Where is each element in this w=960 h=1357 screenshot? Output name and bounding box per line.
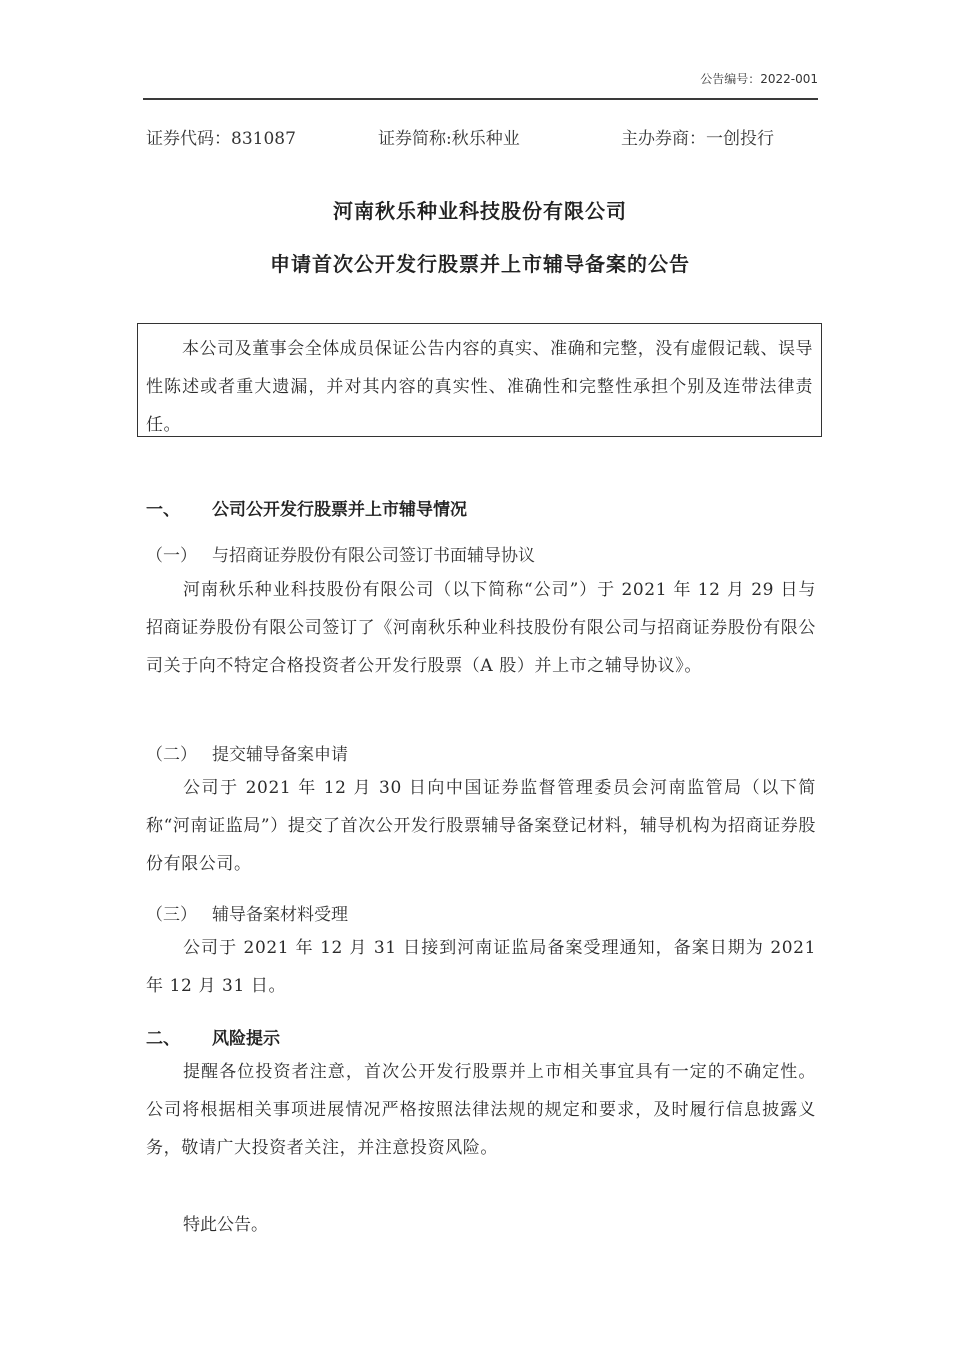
subsection-body-1-3: 公司于 2021 年 12 月 31 日接到河南证监局备案受理通知，备案日期为 … — [146, 929, 816, 1005]
subsection-number: （一） — [146, 541, 212, 566]
risk-warning-body: 提醒各位投资者注意，首次公开发行股票并上市相关事宜具有一定的不确定性。公司将根据… — [146, 1053, 816, 1167]
subsection-title: 与招商证券股份有限公司签订书面辅导协议 — [212, 546, 535, 566]
securities-info-line: 证券代码：831087 证券简称:秋乐种业 主办券商：一创投行 — [146, 124, 826, 148]
subsection-number: （三） — [146, 900, 212, 925]
subsection-heading-1-1: （一）与招商证券股份有限公司签订书面辅导协议 — [146, 541, 535, 566]
securities-code: 证券代码：831087 — [146, 124, 296, 149]
subsection-heading-1-3: （三）辅导备案材料受理 — [146, 900, 348, 925]
section-heading-1: 一、公司公开发行股票并上市辅导情况 — [146, 495, 467, 520]
subsection-body-1-2: 公司于 2021 年 12 月 30 日向中国证券监督管理委员会河南监管局（以下… — [146, 769, 816, 883]
securities-abbreviation: 证券简称:秋乐种业 — [378, 124, 520, 149]
announcement-number: 公告编号：2022-001 — [700, 70, 818, 87]
section-title: 公司公开发行股票并上市辅导情况 — [212, 500, 467, 520]
board-statement-box: 本公司及董事会全体成员保证公告内容的真实、准确和完整，没有虚假记载、误导性陈述或… — [137, 323, 822, 437]
header-divider — [143, 98, 818, 100]
section-title: 风险提示 — [212, 1029, 280, 1049]
closing-remark: 特此公告。 — [183, 1210, 268, 1235]
subsection-number: （二） — [146, 740, 212, 765]
section-number: 一、 — [146, 495, 212, 520]
company-title: 河南秋乐种业科技股份有限公司 — [0, 195, 960, 224]
section-heading-2: 二、风险提示 — [146, 1024, 280, 1049]
board-statement-text: 本公司及董事会全体成员保证公告内容的真实、准确和完整，没有虚假记载、误导性陈述或… — [146, 330, 813, 444]
announcement-title: 申请首次公开发行股票并上市辅导备案的公告 — [0, 248, 960, 277]
subsection-heading-1-2: （二）提交辅导备案申请 — [146, 740, 348, 765]
subsection-title: 提交辅导备案申请 — [212, 745, 348, 765]
section-number: 二、 — [146, 1024, 212, 1049]
subsection-body-1-1: 河南秋乐种业科技股份有限公司（以下简称“公司”）于 2021 年 12 月 29… — [146, 571, 816, 685]
subsection-title: 辅导备案材料受理 — [212, 905, 348, 925]
sponsor-broker: 主办券商：一创投行 — [621, 124, 774, 149]
document-page: 公告编号：2022-001 证券代码：831087 证券简称:秋乐种业 主办券商… — [0, 0, 960, 1357]
